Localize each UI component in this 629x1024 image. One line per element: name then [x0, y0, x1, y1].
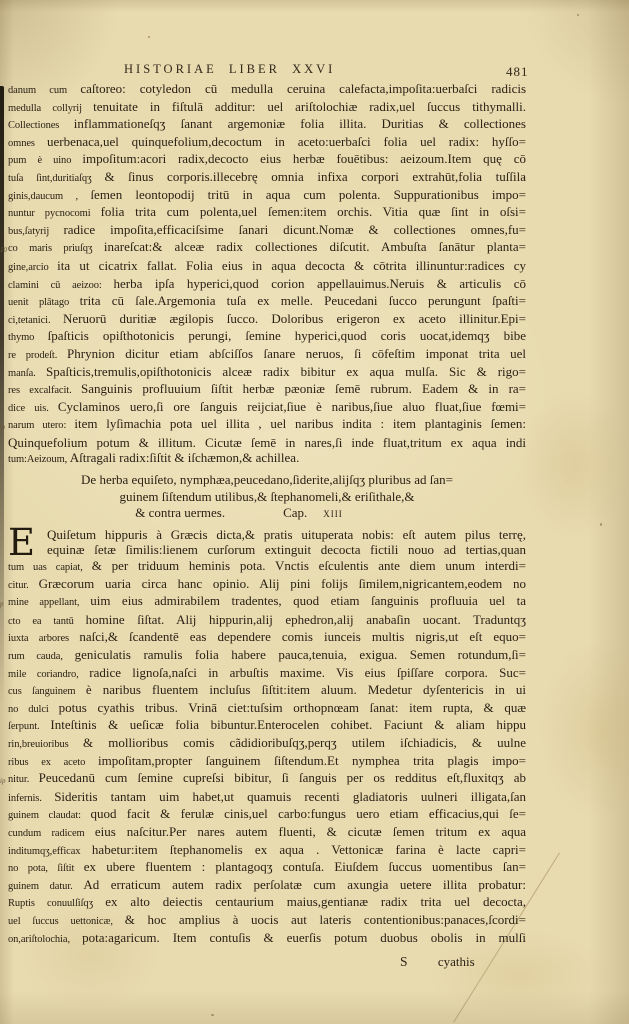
text-line: tum:Aeizoum, Aſtragali radix:ſiſtit & iſ… — [8, 450, 526, 468]
chapter-heading-line: guinem ſiſtendum utilibus,& ſtephanomeli… — [8, 489, 526, 506]
line-hang-text: uel ſuccus uettonicæ, — [8, 916, 125, 927]
text-line: uel ſuccus uettonicæ, & hoc amplius à uo… — [8, 912, 526, 930]
line-hang-text: citur. — [8, 580, 39, 591]
line-hang-text: manſa. — [8, 368, 46, 379]
text-line: dice uis. Cyclaminos uero,ſi ore ſanguis… — [8, 399, 526, 417]
text-line: ipnitur. Peucedanū cum ſemine cupreſsi b… — [8, 770, 526, 789]
line-hang-text: Collectiones — [8, 120, 74, 131]
text-line: Ruptis conuulſiſqʒ ex alto deiectis cent… — [8, 894, 526, 912]
line-text: herba ipſa hyperici,quod corion appellau… — [113, 276, 526, 291]
text-line: iuxta arbores naſci,& ſcandentē eas depe… — [8, 629, 526, 647]
line-hang-text: dice uis. — [8, 403, 58, 414]
line-text: Neruorū duritiæ ægilopis ſucco. Doloribu… — [63, 311, 526, 326]
line-hang-text: omnes — [8, 138, 47, 149]
line-hang-text: danum cum — [8, 85, 80, 96]
line-text: & hoc amplius à uocis aut lateris conten… — [125, 912, 526, 927]
text-line: guinem datur. Ad erraticum autem radix p… — [8, 877, 526, 895]
line-hang-text: thymo — [8, 332, 48, 343]
text-line: ginis,daucum , ſemen leontopodij tritū i… — [8, 187, 526, 205]
line-text: è naribus fluentem incluſus ſiſtit:item … — [86, 682, 526, 697]
line-hang-text: narum utero: — [8, 420, 74, 431]
paper-speckle — [148, 36, 150, 38]
running-title: HISTORIAE LIBER XXVI — [124, 62, 335, 77]
line-text: potus cyathis tribus. Vrinā ciet:tuſsim … — [59, 700, 526, 715]
line-hang-text: guinem datur. — [8, 881, 83, 892]
line-text: Cyclaminos uero,ſi ore ſanguis reijciat,… — [58, 399, 526, 414]
text-line: res excalfacit. Sanguinis profluuium ſiſ… — [8, 381, 526, 399]
line-text: radice lignoſa,naſci in arbuſtis maxime.… — [89, 665, 526, 680]
book-page-scan: HISTORIAE LIBER XXVI 481 danum cum caſto… — [0, 0, 629, 1024]
line-hang-text: uenit plātago — [8, 297, 80, 308]
text-column: danum cum caſtoreo: cotyledon cū medulla… — [8, 81, 526, 970]
line-text: trita cū ſale.Argemonia tuſa ex melle. P… — [80, 293, 526, 308]
drop-cap-initial: E — [8, 527, 46, 558]
line-hang-text: ginis,daucum , — [8, 191, 90, 202]
line-hang-text: no dulci — [8, 704, 59, 715]
line-text: Spaſticis,tremulis,opiſthotonicis alceæ … — [46, 364, 526, 379]
line-text: ſpaſticis opiſthotonicis perungi, ſemine… — [48, 328, 526, 343]
line-text: Ad erraticum autem radix perſolatæ cum a… — [83, 877, 526, 892]
text-line: medulla collyrij tenuitate in fiſtulā ad… — [8, 99, 526, 117]
paper-stain — [520, 390, 629, 540]
line-hang-text: medulla collyrij — [8, 103, 93, 114]
line-text: equinæ ſetæ ſimilis:lienem curſorum exti… — [47, 542, 526, 557]
line-hang-text: gine,arcio — [8, 262, 57, 273]
line-text: Quinquefolium potum & illitum. Cicutæ ſe… — [8, 435, 526, 450]
text-line: bus,ſatyrij radice impoſita,efficaciſsim… — [8, 222, 526, 240]
text-line: guinem claudat: quod facit & ferulæ cini… — [8, 806, 526, 824]
line-text: homine ſiſtat. Alij hippurin,alij ephedr… — [86, 612, 526, 627]
line-text: Quiſetum hippuris à Græcis dicta,& prati… — [47, 527, 526, 542]
text-line: rum cauda, geniculatis ramulis folia hab… — [8, 647, 526, 665]
line-text: Phrynion dicitur etiam abſciſſos ſanare … — [67, 346, 526, 361]
text-line: cundum radicem eius naſcitur.Per nares a… — [8, 824, 526, 842]
line-text: & mollioribus comis cãdidioribuſqʒ,perqʒ… — [83, 735, 526, 750]
line-text: pota:agaricum. Item contuſis & euerſis p… — [82, 930, 526, 945]
line-text: habetur:item ſtephanomelis ex aqua . Vet… — [92, 842, 526, 857]
line-text: ex ubere fluentem : plantagoqʒ contuſa. … — [84, 859, 526, 874]
text-line: uenit plātago trita cū ſale.Argemonia tu… — [8, 293, 526, 311]
line-hang-text: co maris priuſqʒ — [8, 243, 104, 254]
text-line: tum uas capiat, & per triduum heminis po… — [8, 558, 526, 576]
line-text: & per triduum heminis pota. Vnctis eſcul… — [92, 558, 526, 573]
text-line: ci,tetanici. Neruorū duritiæ ægilopis ſu… — [8, 311, 526, 329]
text-line: infernis. Sideritis tantam uim habet,ut … — [8, 789, 526, 807]
text-line: tuſa ſint,duritiaſqʒ & ſinus corporis.il… — [8, 169, 526, 187]
text-line: manſa. Spaſticis,tremulis,opiſthotonicis… — [8, 364, 526, 382]
text-line: citur. Græcorum uaria circa hanc opinio.… — [8, 576, 526, 594]
text-line: thymo ſpaſticis opiſthotonicis perungi, … — [8, 328, 526, 346]
line-text: ita ut cicatrix fallat. Folia eius in aq… — [57, 258, 526, 273]
line-hang-text: iuxta arbores — [8, 633, 79, 644]
line-hang-text: inditumqʒ,efficax — [8, 846, 92, 857]
catchword: cyathis — [438, 954, 475, 969]
line-hang-text: re prodeſt. — [8, 350, 67, 361]
chapter-label: Cap. — [283, 505, 307, 522]
line-text: Sanguinis profluuium ſiſtit herbæ pæoniæ… — [81, 381, 526, 396]
paragraph-2: E Quiſetum hippuris à Græcis dicta,& pra… — [8, 527, 526, 947]
line-text: uim eius admirabilem tradentes, quod eti… — [90, 593, 526, 608]
text-line: nuntur pycnocomi folia trita cum polenta… — [8, 204, 526, 222]
line-hang-text: res excalfacit. — [8, 385, 81, 396]
line-text: geniculatis ramulis folia habere pauca,t… — [75, 647, 526, 662]
text-line: Quinquefolium potum & illitum. Cicutæ ſe… — [8, 435, 526, 451]
line-text: item lyſimachia pota uel illita , uel na… — [74, 416, 526, 431]
line-text: Sideritis tantam uim habet,ut quamuis re… — [54, 789, 526, 804]
text-line: equinæ ſetæ ſimilis:lienem curſorum exti… — [8, 542, 526, 558]
text-line: rin,breuioribus & mollioribus comis cãdi… — [8, 735, 526, 753]
text-line: Collectiones inflammationeſqʒ ſanant arg… — [8, 116, 526, 134]
page-number: 481 — [506, 64, 529, 80]
line-text: naſci,& ſcandentē eas dependere comis iu… — [79, 629, 526, 644]
paragraph-1: danum cum caſtoreo: cotyledon cū medulla… — [8, 81, 526, 468]
line-text: radice impoſita,efficaciſsime ſanari dic… — [63, 222, 526, 237]
binding-shadow — [0, 86, 4, 706]
line-hang-text: ribus ex aceto — [8, 757, 98, 768]
text-line: Quiſetum hippuris à Græcis dicta,& prati… — [8, 527, 526, 543]
line-hang-text: tuſa ſint,duritiaſqʒ — [8, 173, 104, 184]
chapter-heading-line: & contra uermes. Cap. xiii — [0, 505, 498, 522]
signature-mark: S — [400, 954, 408, 969]
line-text: tenuitate in fiſtulā additur: uel ariſto… — [93, 99, 526, 114]
line-text: quod facit & ferulæ cinis,uel carbo:fung… — [90, 806, 526, 821]
line-text: impoſitum:acori radix,decocto eius herbæ… — [82, 151, 526, 166]
line-hang-text: cundum radicem — [8, 828, 95, 839]
text-line: ſerpunt. Inteſtinis & ueſicæ folia bibun… — [8, 717, 526, 735]
text-line: 10co maris priuſqʒ inareſcat:& alceæ rad… — [8, 239, 526, 258]
line-hang-text: mine appellant, — [8, 597, 90, 608]
line-hang-text: rin,breuioribus — [8, 739, 83, 750]
text-line: no dulci potus cyathis tribus. Vrinā cie… — [8, 700, 526, 718]
line-text: inflammationeſqʒ ſanant argemoniæ folia … — [74, 116, 526, 131]
line-hang-text: cto ea tantū — [8, 616, 86, 627]
line-text: caſtoreo: cotyledon cū medulla ceruina c… — [80, 81, 526, 96]
line-text: ſemen leontopodij tritū in aqua cum pole… — [90, 187, 526, 202]
line-hang-text: nuntur pycnocomi — [8, 208, 101, 219]
line-text: folia trita cum polenta,uel ſemen:item o… — [101, 204, 526, 219]
text-line: omnes uerbenaca,uel quinquefolium,decoct… — [8, 134, 526, 152]
paper-speckle — [211, 1014, 214, 1016]
paper-stain — [540, 640, 629, 820]
paper-speckle — [577, 14, 579, 16]
text-line: inditumqʒ,efficax habetur:item ſtephanom… — [8, 842, 526, 860]
line-text: & ſinus corporis.illecebrę omnia infixa … — [104, 169, 526, 184]
line-hang-text: on,ariſtolochia, — [8, 934, 82, 945]
chapter-heading-end: & contra uermes. — [135, 505, 225, 522]
line-hang-text: tum:Aeizoum, — [8, 454, 70, 465]
text-line: ribus ex aceto impoſitam,propter ſanguin… — [8, 753, 526, 771]
line-hang-text: ſerpunt. — [8, 721, 50, 732]
text-line: pmine appellant, uim eius admirabilem tr… — [8, 593, 526, 612]
text-line: mile coriandro, radice lignoſa,naſci in … — [8, 665, 526, 683]
running-head: HISTORIAE LIBER XXVI 481 — [0, 62, 629, 80]
text-line: on,ariſtolochia, pota:agaricum. Item con… — [8, 930, 526, 948]
line-text: Inteſtinis & ueſicæ folia bibuntur.Enter… — [50, 717, 526, 732]
line-hang-text: no pota, ſiſtit — [8, 863, 84, 874]
line-text: eius naſcitur.Per nares autem fluenti, &… — [95, 824, 526, 839]
text-line: gine,arcio ita ut cicatrix fallat. Folia… — [8, 258, 526, 276]
line-text: uerbenaca,uel quinquefolium,decoctum in … — [47, 134, 526, 149]
paper-speckle — [600, 523, 602, 526]
line-text: inareſcat:& alceæ radix collectiones diſ… — [104, 239, 526, 254]
line-text: Peucedanū cum ſemine cupreſsi bibitur, ſ… — [39, 770, 526, 785]
text-line: pum è uino impoſitum:acori radix,decocto… — [8, 151, 526, 169]
line-hang-text: bus,ſatyrij — [8, 226, 63, 237]
line-hang-text: infernis. — [8, 793, 54, 804]
line-text: Aſtragali radix:ſiſtit & iſchæmon,& achi… — [70, 450, 300, 465]
line-hang-text: pum è uino — [8, 155, 82, 166]
line-hang-text: clamini cū aeizoo: — [8, 280, 113, 291]
quire-footer: S cyathis — [8, 954, 526, 970]
text-line: cus ſanguinem è naribus fluentem incluſu… — [8, 682, 526, 700]
text-line: clamini cū aeizoo: herba ipſa hyperici,q… — [8, 276, 526, 294]
text-line: danum cum caſtoreo: cotyledon cū medulla… — [8, 81, 526, 99]
line-text: impoſitam,propter ſanguinem ſiſtendum.Et… — [98, 753, 526, 768]
chapter-heading: De herba equiſeto, nymphæa,peucedano,ſid… — [8, 472, 526, 522]
text-line: cto ea tantū homine ſiſtat. Alij hippuri… — [8, 612, 526, 630]
line-text: Græcorum uaria circa hanc opinio. Alij p… — [39, 576, 526, 591]
line-hang-text: mile coriandro, — [8, 669, 89, 680]
text-line: mnarum utero: item lyſimachia pota uel i… — [8, 416, 526, 435]
chapter-heading-line: De herba equiſeto, nymphæa,peucedano,ſid… — [8, 472, 526, 489]
line-hang-text: cus ſanguinem — [8, 686, 86, 697]
line-hang-text: ci,tetanici. — [8, 315, 63, 326]
line-hang-text: guinem claudat: — [8, 810, 90, 821]
line-hang-text: Ruptis conuulſiſqʒ — [8, 898, 105, 909]
text-line: re prodeſt. Phrynion dicitur etiam abſci… — [8, 346, 526, 364]
line-hang-text: rum cauda, — [8, 651, 75, 662]
chapter-number: xiii — [323, 505, 343, 522]
paragraph-2-lines: Quiſetum hippuris à Græcis dicta,& prati… — [8, 527, 526, 947]
text-line: no pota, ſiſtit ex ubere fluentem : plan… — [8, 859, 526, 877]
line-hang-text: nitur. — [8, 774, 39, 785]
line-text: ex alto deiectis centaurium maius,gentia… — [105, 894, 526, 909]
